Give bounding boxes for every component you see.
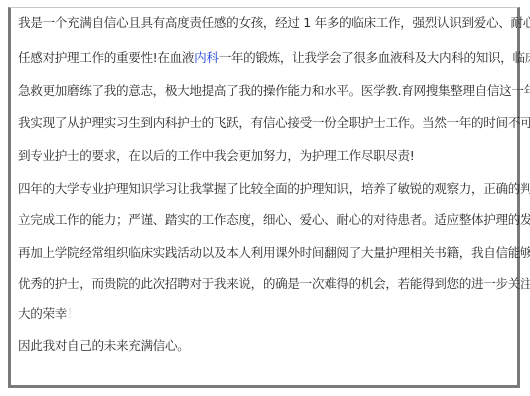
text-segment: 大的荣幸	[18, 306, 67, 321]
text-line: 到专业护士的要求，在以后的工作中我会更加努力，为护理工作尽职尽责!	[18, 148, 415, 164]
text-line: 我实现了从护理实习生到内科护士的飞跃，有信心接受一份全职护士工作。当然一年的时间…	[18, 115, 530, 131]
text-line: 任感对护理工作的重要性!在血液内科一年的锻炼，让我学会了很多血液科及大内科的知识…	[18, 50, 530, 66]
text-line: 我是一个充满自信心且具有高度责任感的女孩，经过 1 年多的临床工作，强烈认识到爱…	[18, 15, 530, 31]
text-line: 大的荣幸！	[18, 306, 79, 322]
text-line: 四年的大学专业护理知识学习让我掌握了比较全面的护理知识，培养了敏锐的观察力，正确…	[18, 181, 530, 197]
internal-medicine-link[interactable]: 内科	[194, 50, 219, 65]
text-line: 因此我对自己的未来充满信心。	[18, 338, 189, 354]
text-segment: ！	[67, 306, 79, 321]
text-line: 立完成工作的能力；严谨、踏实的工作态度，细心、爱心、耐心的对待患者。适应整体护理…	[18, 212, 530, 228]
text-segment: 任感对护理工作的重要性!在血液	[18, 50, 194, 65]
text-segment: 一年的锻炼，让我学会了很多血液科及大内科的知识，临床护理和	[219, 50, 530, 65]
text-line: 再加上学院经常组织临床实践活动以及本人利用课外时间翻阅了大量护理相关书籍，我自信…	[18, 245, 530, 261]
text-line: 急救更加磨练了我的意志，极大地提高了我的操作能力和水平。医学教.育网搜集整理自信…	[18, 83, 530, 99]
text-line: 优秀的护士，而贵院的此次招聘对于我来说，的确是一次难得的机会，若能得到您的进一步…	[18, 276, 530, 292]
document-frame: 我是一个充满自信心且具有高度责任感的女孩，经过 1 年多的临床工作，强烈认识到爱…	[8, 7, 520, 388]
